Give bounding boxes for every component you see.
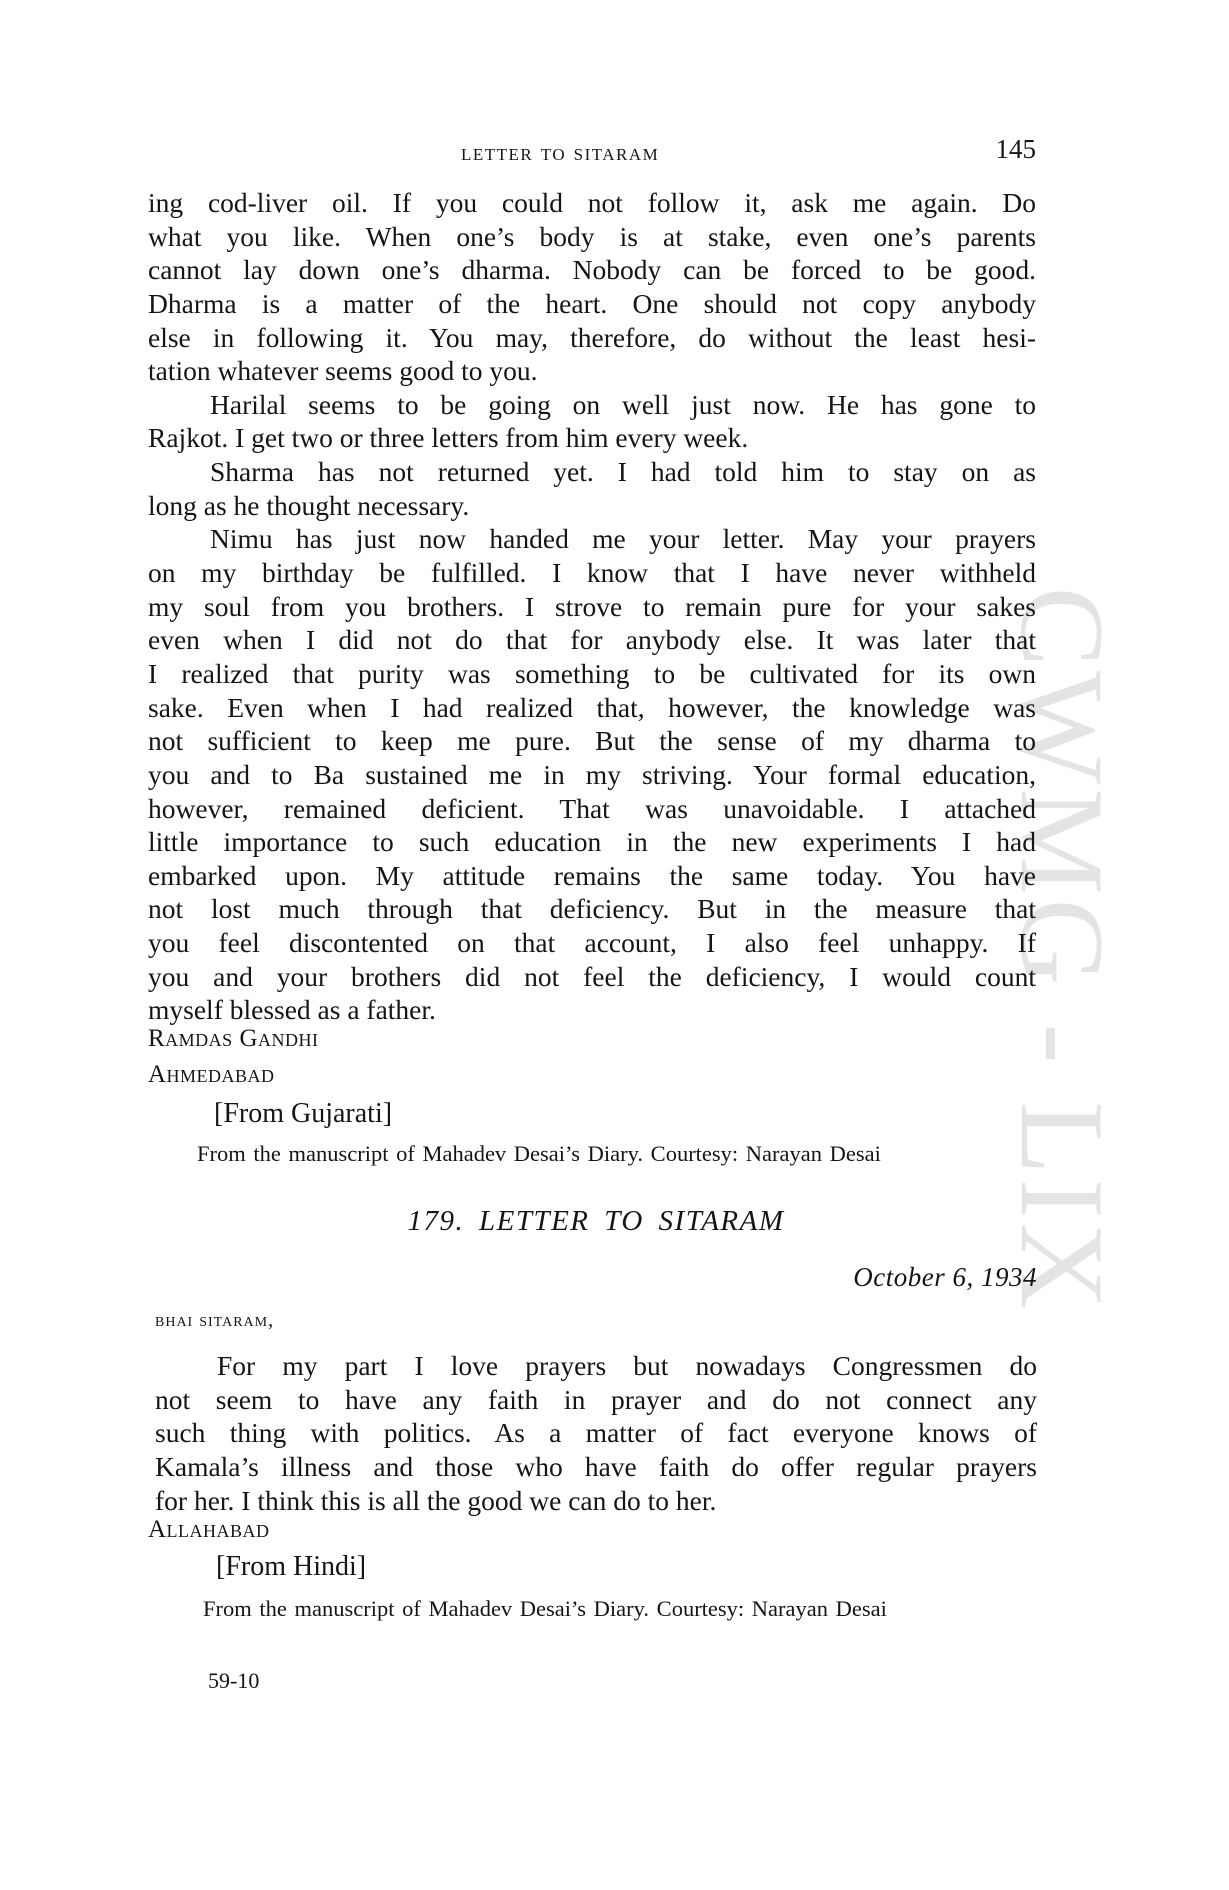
text-line: you and to Ba sustained me in my strivin… <box>148 758 1036 792</box>
text-line: Sharma has not returned yet. I had told … <box>148 455 1036 489</box>
text-line: Rajkot. I get two or three letters from … <box>148 421 1036 455</box>
addressee-place: Ahmedabad <box>148 1061 275 1089</box>
text-line: for her. I think this is all the good we… <box>155 1484 1037 1518</box>
text-line: on my birthday be fulfilled. I know that… <box>148 556 1036 590</box>
running-head: LETTER TO SITARAM 145 <box>148 134 1036 170</box>
document-heading: 179. LETTER TO SITARAM <box>148 1205 1044 1238</box>
text-line: myself blessed as a father. <box>148 993 1036 1027</box>
running-head-title: LETTER TO SITARAM <box>461 140 659 167</box>
text-line: what you like. When one’s body is at sta… <box>148 220 1036 254</box>
source-language-2: [From Hindi] <box>216 1551 366 1583</box>
source-note: From the manuscript of Mahadev Desai’s D… <box>197 1141 881 1167</box>
text-line: Harilal seems to be going on well just n… <box>148 388 1036 422</box>
text-line: such thing with politics. As a matter of… <box>155 1416 1037 1450</box>
letter-178-body: ing cod-liver oil. If you could not foll… <box>148 186 1036 1027</box>
text-line: you feel discontented on that account, I… <box>148 926 1036 960</box>
text-line: Kamala’s illness and those who have fait… <box>155 1450 1037 1484</box>
text-line: cannot lay down one’s dharma. Nobody can… <box>148 253 1036 287</box>
text-line: not seem to have any faith in prayer and… <box>155 1383 1037 1417</box>
salutation: BHAI SITARAM, <box>155 1309 274 1332</box>
text-line: not sufficient to keep me pure. But the … <box>148 724 1036 758</box>
document-page: CWMG - LIX LETTER TO SITARAM 145 ing cod… <box>0 0 1229 1890</box>
text-line: even when I did not do that for anybody … <box>148 623 1036 657</box>
letter-place: Allahabad <box>148 1516 270 1544</box>
text-line: however, remained deficient. That was un… <box>148 792 1036 826</box>
text-line: my soul from you brothers. I strove to r… <box>148 590 1036 624</box>
text-line: embarked upon. My attitude remains the s… <box>148 859 1036 893</box>
signature-mark: 59-10 <box>208 1668 259 1694</box>
source-language: [From Gujarati] <box>214 1098 392 1130</box>
text-line: long as he thought necessary. <box>148 489 1036 523</box>
text-line: ing cod-liver oil. If you could not foll… <box>148 186 1036 220</box>
text-line: not lost much through that deficiency. B… <box>148 892 1036 926</box>
text-line: I realized that purity was something to … <box>148 657 1036 691</box>
source-note-2: From the manuscript of Mahadev Desai’s D… <box>203 1596 887 1622</box>
text-line: little importance to such education in t… <box>148 825 1036 859</box>
addressee-name: Ramdas Gandhi <box>148 1025 318 1053</box>
text-line: tation whatever seems good to you. <box>148 354 1036 388</box>
text-line: For my part I love prayers but nowadays … <box>155 1349 1037 1383</box>
text-line: Nimu has just now handed me your letter.… <box>148 522 1036 556</box>
text-line: you and your brothers did not feel the d… <box>148 960 1036 994</box>
text-line: Dharma is a matter of the heart. One sho… <box>148 287 1036 321</box>
letter-179-body: For my part I love prayers but nowadays … <box>155 1349 1037 1517</box>
letter-date: October 6, 1934 <box>853 1262 1037 1293</box>
text-line: sake. Even when I had realized that, how… <box>148 691 1036 725</box>
text-line: else in following it. You may, therefore… <box>148 321 1036 355</box>
page-number: 145 <box>996 134 1037 165</box>
